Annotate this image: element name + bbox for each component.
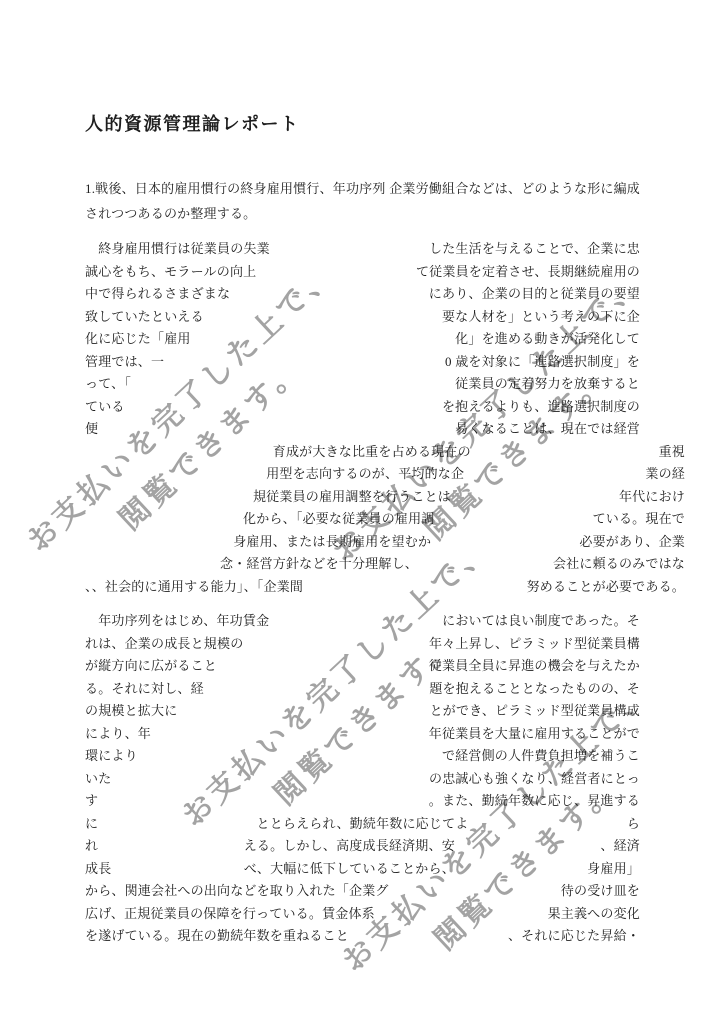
line-fragment: から、関連会社への出向などを取り入れた「企業グ [85,880,389,903]
line-fragment: 従業員の定着努力を放棄すると [455,373,640,396]
section-question: 1.戦後、日本的雇用慣行の終身雇用慣行、年功序列企業労働組合などは、どのような形… [85,176,640,226]
text-line: 広げ、正規従業員の保障を行っている。賃金体系果主義への変化 [85,903,640,926]
line-fragment: が縦方向に広がること [85,655,217,678]
line-fragment: 従業員全員に昇進の機会を与えたか [429,655,640,678]
line-fragment: されつつあるのか整理する。 [85,201,256,226]
line-fragment: す [85,790,98,813]
line-fragment: 年功序列をはじめ、年功賃金 [85,610,269,633]
text-line: 用型を志向するのが、平均的な企業の経 [85,463,685,486]
line-fragment: した生活を与えることで、企業に忠 [429,238,640,261]
text-line: 、、社会的に通用する能力」、「企業間努めることが必要である。 [85,576,685,599]
line-fragment: を遂げている。現在の勤続年数を重ねること [85,925,349,948]
line-fragment: ている [85,396,125,419]
line-fragment: ている。現在で [593,508,685,531]
line-fragment: 。また、勤続年数に応じ、昇進する [429,790,640,813]
text-line: にととらえられ、勤続年数に応じてよら [85,813,640,836]
text-line: により、年年従業員を大量に雇用することがで [85,723,640,746]
line-fragment: 要な人材を」という考えの下に企 [442,306,640,329]
text-line: れえる。しかし、高度成長経済期、安、経済 [85,835,640,858]
line-fragment: 終身雇用慣行は従業員の失業 [85,238,270,261]
line-fragment: 業の経 [645,463,685,486]
text-line: いたの忠誠心も強くなり、経営者にとっ [85,768,640,791]
line-fragment: 、それに応じた昇給・ [508,925,640,948]
line-fragment: 、経済 [600,835,640,858]
text-line: されつつあるのか整理する。 [85,201,640,226]
line-fragment: 念・経営方針などを十分理解し、 [220,553,418,576]
line-fragment: れは、企業の成長と規模の [85,633,243,656]
text-line: 1.戦後、日本的雇用慣行の終身雇用慣行、年功序列企業労働組合などは、どのような形… [85,176,640,201]
line-fragment: て従業員を定着させ、長期継続雇用の [416,261,640,284]
line-fragment: 便 [85,418,98,441]
line-fragment: 成長 [85,858,111,881]
line-fragment: に [85,813,98,836]
text-line: 年功序列をはじめ、年功賃金においては良い制度であった。そ [85,610,640,633]
line-fragment: 誠心をもち、モラールの向上 [85,261,256,284]
line-fragment: 重視 [659,441,685,464]
document-sections: 1.戦後、日本的雇用慣行の終身雇用慣行、年功序列企業労働組合などは、どのような形… [85,176,640,948]
text-line: 身雇用、または長期雇用を望むか必要があり、企業 [85,531,685,554]
text-line: 化に応じた「雇用化」を進める動きが活発化して [85,328,640,351]
line-fragment: 1.戦後、日本的雇用慣行の終身雇用慣行、年功序列 [85,176,386,201]
text-line: 化から、「必要な従業員の雇用調ている。現在で [85,508,685,531]
line-fragment: べ、大幅に低下していることから、 [244,858,455,881]
line-fragment: 管理では、一 [85,351,164,374]
line-fragment: 企業労働組合などは、どのような形に編成 [389,176,640,201]
line-fragment: においては良い制度であった。そ [442,610,640,633]
line-fragment: 化に応じた「雇用 [85,328,191,351]
text-line: ているを抱えるよりも、進路選択制度の [85,396,640,419]
text-line: 便易くなることは、現在では経営 [85,418,640,441]
line-fragment: を抱えるよりも、進路選択制度の [442,396,640,419]
text-line: 規従業員の雇用調整を行うことは年代におけ [85,486,685,509]
line-fragment: 用型を志向するのが、平均的な企 [266,463,464,486]
line-fragment: える。しかし、高度成長経済期、安 [244,835,455,858]
text-line: る。それに対し、経題を抱えることとなったものの、そ [85,678,640,701]
line-fragment: により、年 [85,723,151,746]
line-fragment: 易くなることは、現在では経営 [455,418,640,441]
line-fragment: の忠誠心も強くなり、経営者にとっ [429,768,640,791]
page-title: 人的資源管理論レポート [85,112,640,136]
line-fragment: 化から、「必要な従業員の雇用調 [243,508,435,531]
document-body: 人的資源管理論レポート 1.戦後、日本的雇用慣行の終身雇用慣行、年功序列企業労働… [85,0,640,948]
document-page: お支払いを完了した上で、閲覧できます。お支払いを完了した上で、閲覧できます。お支… [0,0,724,1024]
text-line: から、関連会社への出向などを取り入れた「企業グ待の受け皿を [85,880,640,903]
line-fragment: にあり、企業の目的と従業員の要望 [429,283,640,306]
line-fragment: 努めることが必要である。 [527,576,685,599]
text-line: 念・経営方針などを十分理解し、会社に頼るのみではな [85,553,685,576]
text-line: 環によりで経営側の人件費負担増を補うこ [85,745,640,768]
line-fragment: で経営側の人件費負担増を補うこ [442,745,640,768]
line-fragment: 待の受け皿を [561,880,640,903]
text-line: を遂げている。現在の勤続年数を重ねること、それに応じた昇給・ [85,925,640,948]
text-line: 終身雇用慣行は従業員の失業した生活を与えることで、企業に忠 [85,238,640,261]
line-fragment: 年従業員を大量に雇用することがで [429,723,640,746]
line-fragment: とができ、ピラミッド型従業員構成 [430,700,640,723]
text-line: 成長べ、大幅に低下していることから、身雇用」 [85,858,640,881]
line-fragment: る。それに対し、経 [85,678,204,701]
line-fragment: 会社に頼るのみではな [553,553,685,576]
line-fragment: 、、社会的に通用する能力」、「企業間 [85,576,303,599]
line-fragment: 0 歳を対象に「進路選択制度」を [445,351,640,374]
text-line: れは、企業の成長と規模の年々上昇し、ピラミッド型従業員構 [85,633,640,656]
line-fragment: 化」を進める動きが活発化して [455,328,640,351]
line-fragment: 中で得られるさまざまな [85,283,230,306]
line-fragment: 規従業員の雇用調整を行うことは [253,486,451,509]
line-fragment: って、「 [85,373,131,396]
line-fragment: ら [627,813,640,836]
line-fragment: 広げ、正規従業員の保障を行っている。賃金体系 [85,903,375,926]
line-fragment: いた [85,768,111,791]
text-line: 中で得られるさまざまなにあり、企業の目的と従業員の要望 [85,283,640,306]
line-fragment: 年々上昇し、ピラミッド型従業員構 [429,633,640,656]
text-line: 誠心をもち、モラールの向上て従業員を定着させ、長期継続雇用の [85,261,640,284]
text-line: 管理では、一0 歳を対象に「進路選択制度」を [85,351,640,374]
text-line: の規模と拡大にとができ、ピラミッド型従業員構成 [85,700,640,723]
text-line: 致していたといえる要な人材を」という考えの下に企 [85,306,640,329]
line-fragment: れ [85,835,98,858]
line-fragment: 身雇用、または長期雇用を望むか [233,531,431,554]
line-fragment: の規模と拡大に [85,700,177,723]
line-fragment: 身雇用」 [587,858,640,881]
line-fragment: 致していたといえる [85,306,204,329]
line-fragment: 必要があり、企業 [579,531,685,554]
text-line: す。また、勤続年数に応じ、昇進する [85,790,640,813]
text-line: って、「従業員の定着努力を放棄すると [85,373,640,396]
line-fragment: 年代におけ [619,486,685,509]
text-line: 育成が大きな比重を占める現在の重視 [85,441,685,464]
line-fragment: ととらえられ、勤続年数に応じてよ [257,813,469,836]
line-fragment: 育成が大きな比重を占める現在の [273,441,471,464]
section-paragraph-seniority-system: 年功序列をはじめ、年功賃金においては良い制度であった。それは、企業の成長と規模の… [85,610,640,948]
line-fragment: 果主義への変化 [548,903,640,926]
line-fragment: 環により [85,745,138,768]
section-paragraph-lifetime-employment: 終身雇用慣行は従業員の失業した生活を与えることで、企業に忠誠心をもち、モラールの… [85,238,640,598]
text-line: が縦方向に広がること従業員全員に昇進の機会を与えたか [85,655,640,678]
line-fragment: 題を抱えることとなったものの、そ [429,678,640,701]
